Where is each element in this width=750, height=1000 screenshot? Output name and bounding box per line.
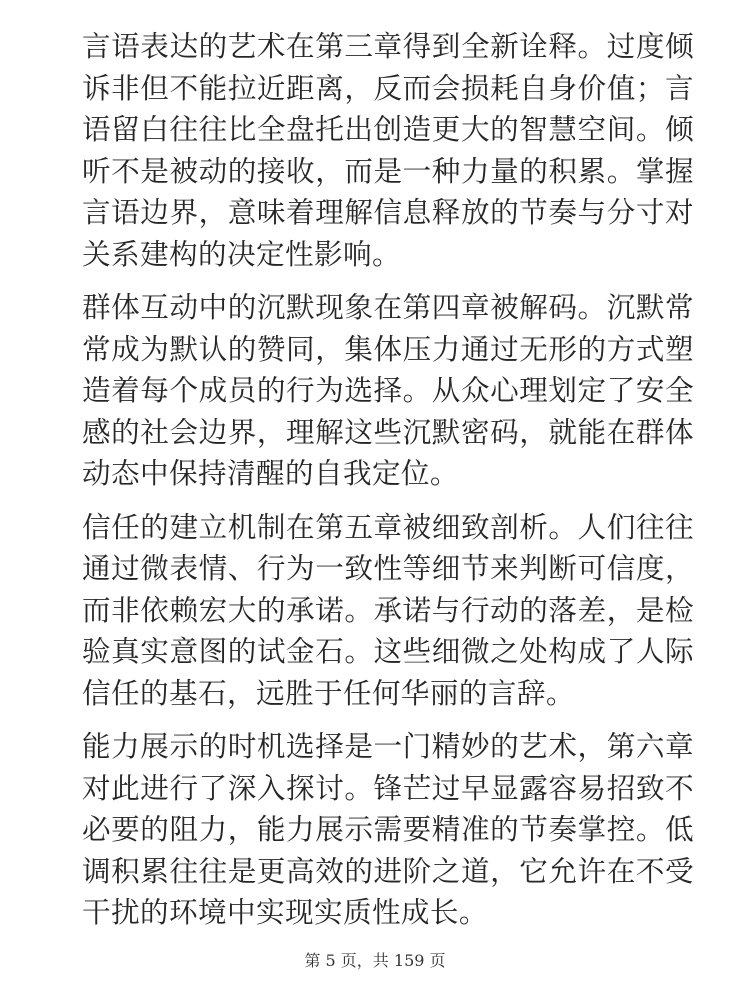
paragraph-chapter-4: 群体互动中的沉默现象在第四章被解码。沉默常常成为默认的赞同，集体压力通过无形的方…	[82, 287, 694, 495]
paragraph-chapter-6: 能力展示的时机选择是一门精妙的艺术，第六章对此进行了深入探讨。锋芒过早显露容易招…	[82, 726, 694, 934]
paragraph-chapter-3: 言语表达的艺术在第三章得到全新诠释。过度倾诉非但不能拉近距离，反而会损耗自身价值…	[82, 26, 694, 275]
document-page: 言语表达的艺术在第三章得到全新诠释。过度倾诉非但不能拉近距离，反而会损耗自身价值…	[82, 26, 694, 946]
paragraph-chapter-5: 信任的建立机制在第五章被细致剖析。人们往往通过微表情、行为一致性等细节来判断可信…	[82, 507, 694, 715]
page-number-footer: 第 5 页，共 159 页	[0, 948, 750, 971]
